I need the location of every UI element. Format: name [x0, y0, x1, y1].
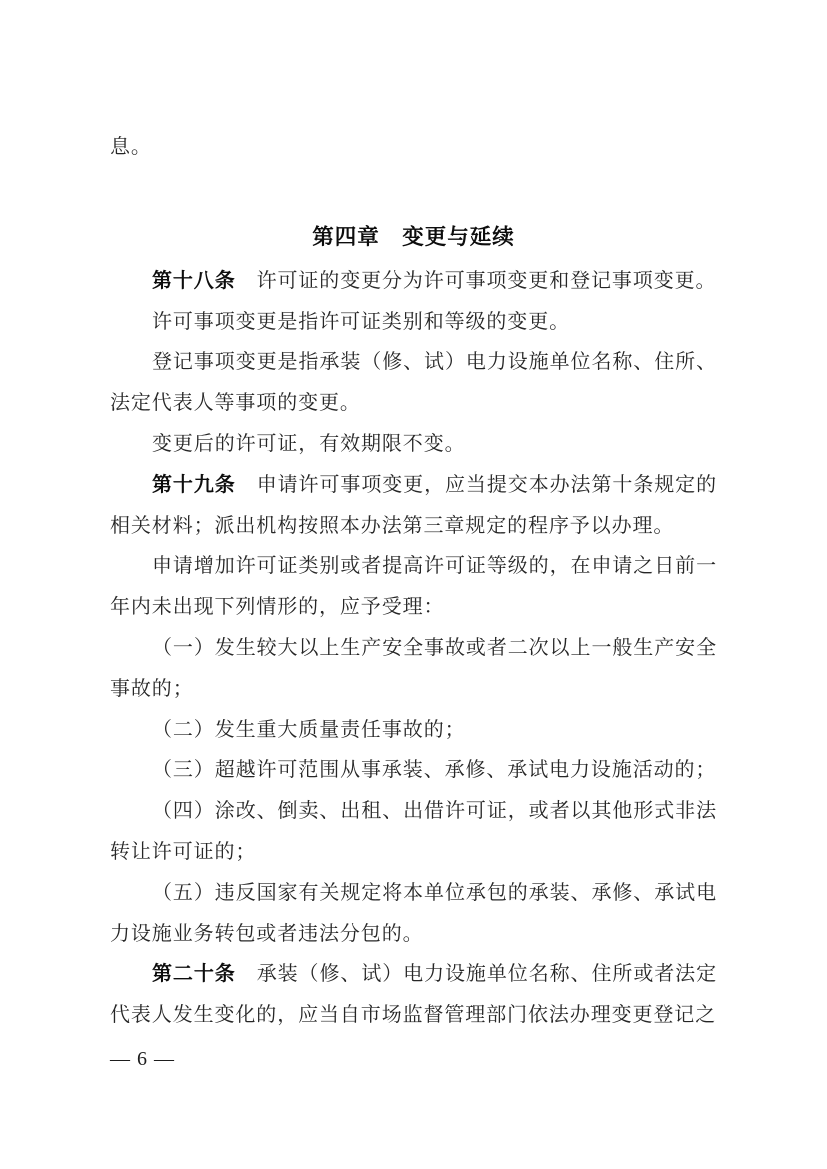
text-line: 年内未出现下列情形的，应予受理： [110, 587, 717, 628]
line-text: （四）涂改、倒卖、出租、出借许可证，或者以其他形式非法 [152, 800, 717, 822]
line-text: （二）发生重大质量责任事故的； [152, 719, 466, 741]
carryover-text: 息。 [110, 127, 717, 168]
line-text: 力设施业务转包或者违法分包的。 [110, 923, 424, 945]
article-number: 第二十条 [152, 963, 236, 985]
text-line: （五）违反国家有关规定将本单位承包的承装、承修、承试电 [110, 873, 717, 914]
line-text: 代表人发生变化的，应当自市场监督管理部门依法办理变更登记之 [110, 1004, 716, 1026]
text-line: 变更后的许可证，有效期限不变。 [110, 424, 717, 465]
line-text: （五）违反国家有关规定将本单位承包的承装、承修、承试电 [152, 882, 717, 904]
line-text: （一）发生较大以上生产安全事故或者二次以上一般生产安全 [152, 637, 717, 659]
text-line: 许可事项变更是指许可证类别和等级的变更。 [110, 302, 717, 343]
line-text: 登记事项变更是指承装（修、试）电力设施单位名称、住所、 [152, 351, 717, 373]
text-line: 力设施业务转包或者违法分包的。 [110, 914, 717, 955]
text-line: 代表人发生变化的，应当自市场监督管理部门依法办理变更登记之 [110, 995, 717, 1036]
line-text: 许可事项变更是指许可证类别和等级的变更。 [152, 311, 570, 333]
line-text: 相关材料；派出机构按照本办法第三章规定的程序予以办理。 [110, 515, 674, 537]
line-text: 年内未出现下列情形的，应予受理： [110, 596, 444, 618]
line-text: 事故的； [110, 678, 194, 700]
text-line: （三）超越许可范围从事承装、承修、承试电力设施活动的； [110, 750, 717, 791]
line-text: 申请增加许可证类别或者提高许可证等级的，在申请之日前一 [152, 555, 717, 577]
text-line: （一）发生较大以上生产安全事故或者二次以上一般生产安全 [110, 628, 717, 669]
text-line: 申请增加许可证类别或者提高许可证等级的，在申请之日前一 [110, 546, 717, 587]
document-page: 息。 第四章 变更与延续 第十八条许可证的变更分为许可事项变更和登记事项变更。许… [0, 0, 827, 1169]
text-line: （二）发生重大质量责任事故的； [110, 710, 717, 751]
document-body: 第十八条许可证的变更分为许可事项变更和登记事项变更。许可事项变更是指许可证类别和… [110, 261, 717, 1036]
text-line: 法定代表人等事项的变更。 [110, 383, 717, 424]
text-line: 第十八条许可证的变更分为许可事项变更和登记事项变更。 [110, 261, 717, 302]
line-text: 许可证的变更分为许可事项变更和登记事项变更。 [257, 270, 717, 292]
article-number: 第十八条 [152, 270, 236, 292]
line-text: 法定代表人等事项的变更。 [110, 392, 361, 414]
text-line: 第十九条申请许可事项变更，应当提交本办法第十条规定的 [110, 465, 717, 506]
text-line: 登记事项变更是指承装（修、试）电力设施单位名称、住所、 [110, 342, 717, 383]
line-text: （三）超越许可范围从事承装、承修、承试电力设施活动的； [152, 759, 716, 781]
chapter-heading: 第四章 变更与延续 [110, 217, 717, 258]
text-line: 第二十条承装（修、试）电力设施单位名称、住所或者法定 [110, 954, 717, 995]
text-line: 转让许可证的； [110, 832, 717, 873]
text-line: （四）涂改、倒卖、出租、出借许可证，或者以其他形式非法 [110, 791, 717, 832]
line-text: 申请许可事项变更，应当提交本办法第十条规定的 [257, 474, 717, 496]
page-footer: — 6 — [110, 1044, 717, 1074]
line-text: 承装（修、试）电力设施单位名称、住所或者法定 [257, 963, 717, 985]
text-line: 事故的； [110, 669, 717, 710]
article-number: 第十九条 [152, 474, 236, 496]
line-text: 转让许可证的； [110, 841, 256, 863]
text-line: 相关材料；派出机构按照本办法第三章规定的程序予以办理。 [110, 506, 717, 547]
line-text: 变更后的许可证，有效期限不变。 [152, 433, 466, 455]
page-number: — 6 — [110, 1048, 175, 1070]
